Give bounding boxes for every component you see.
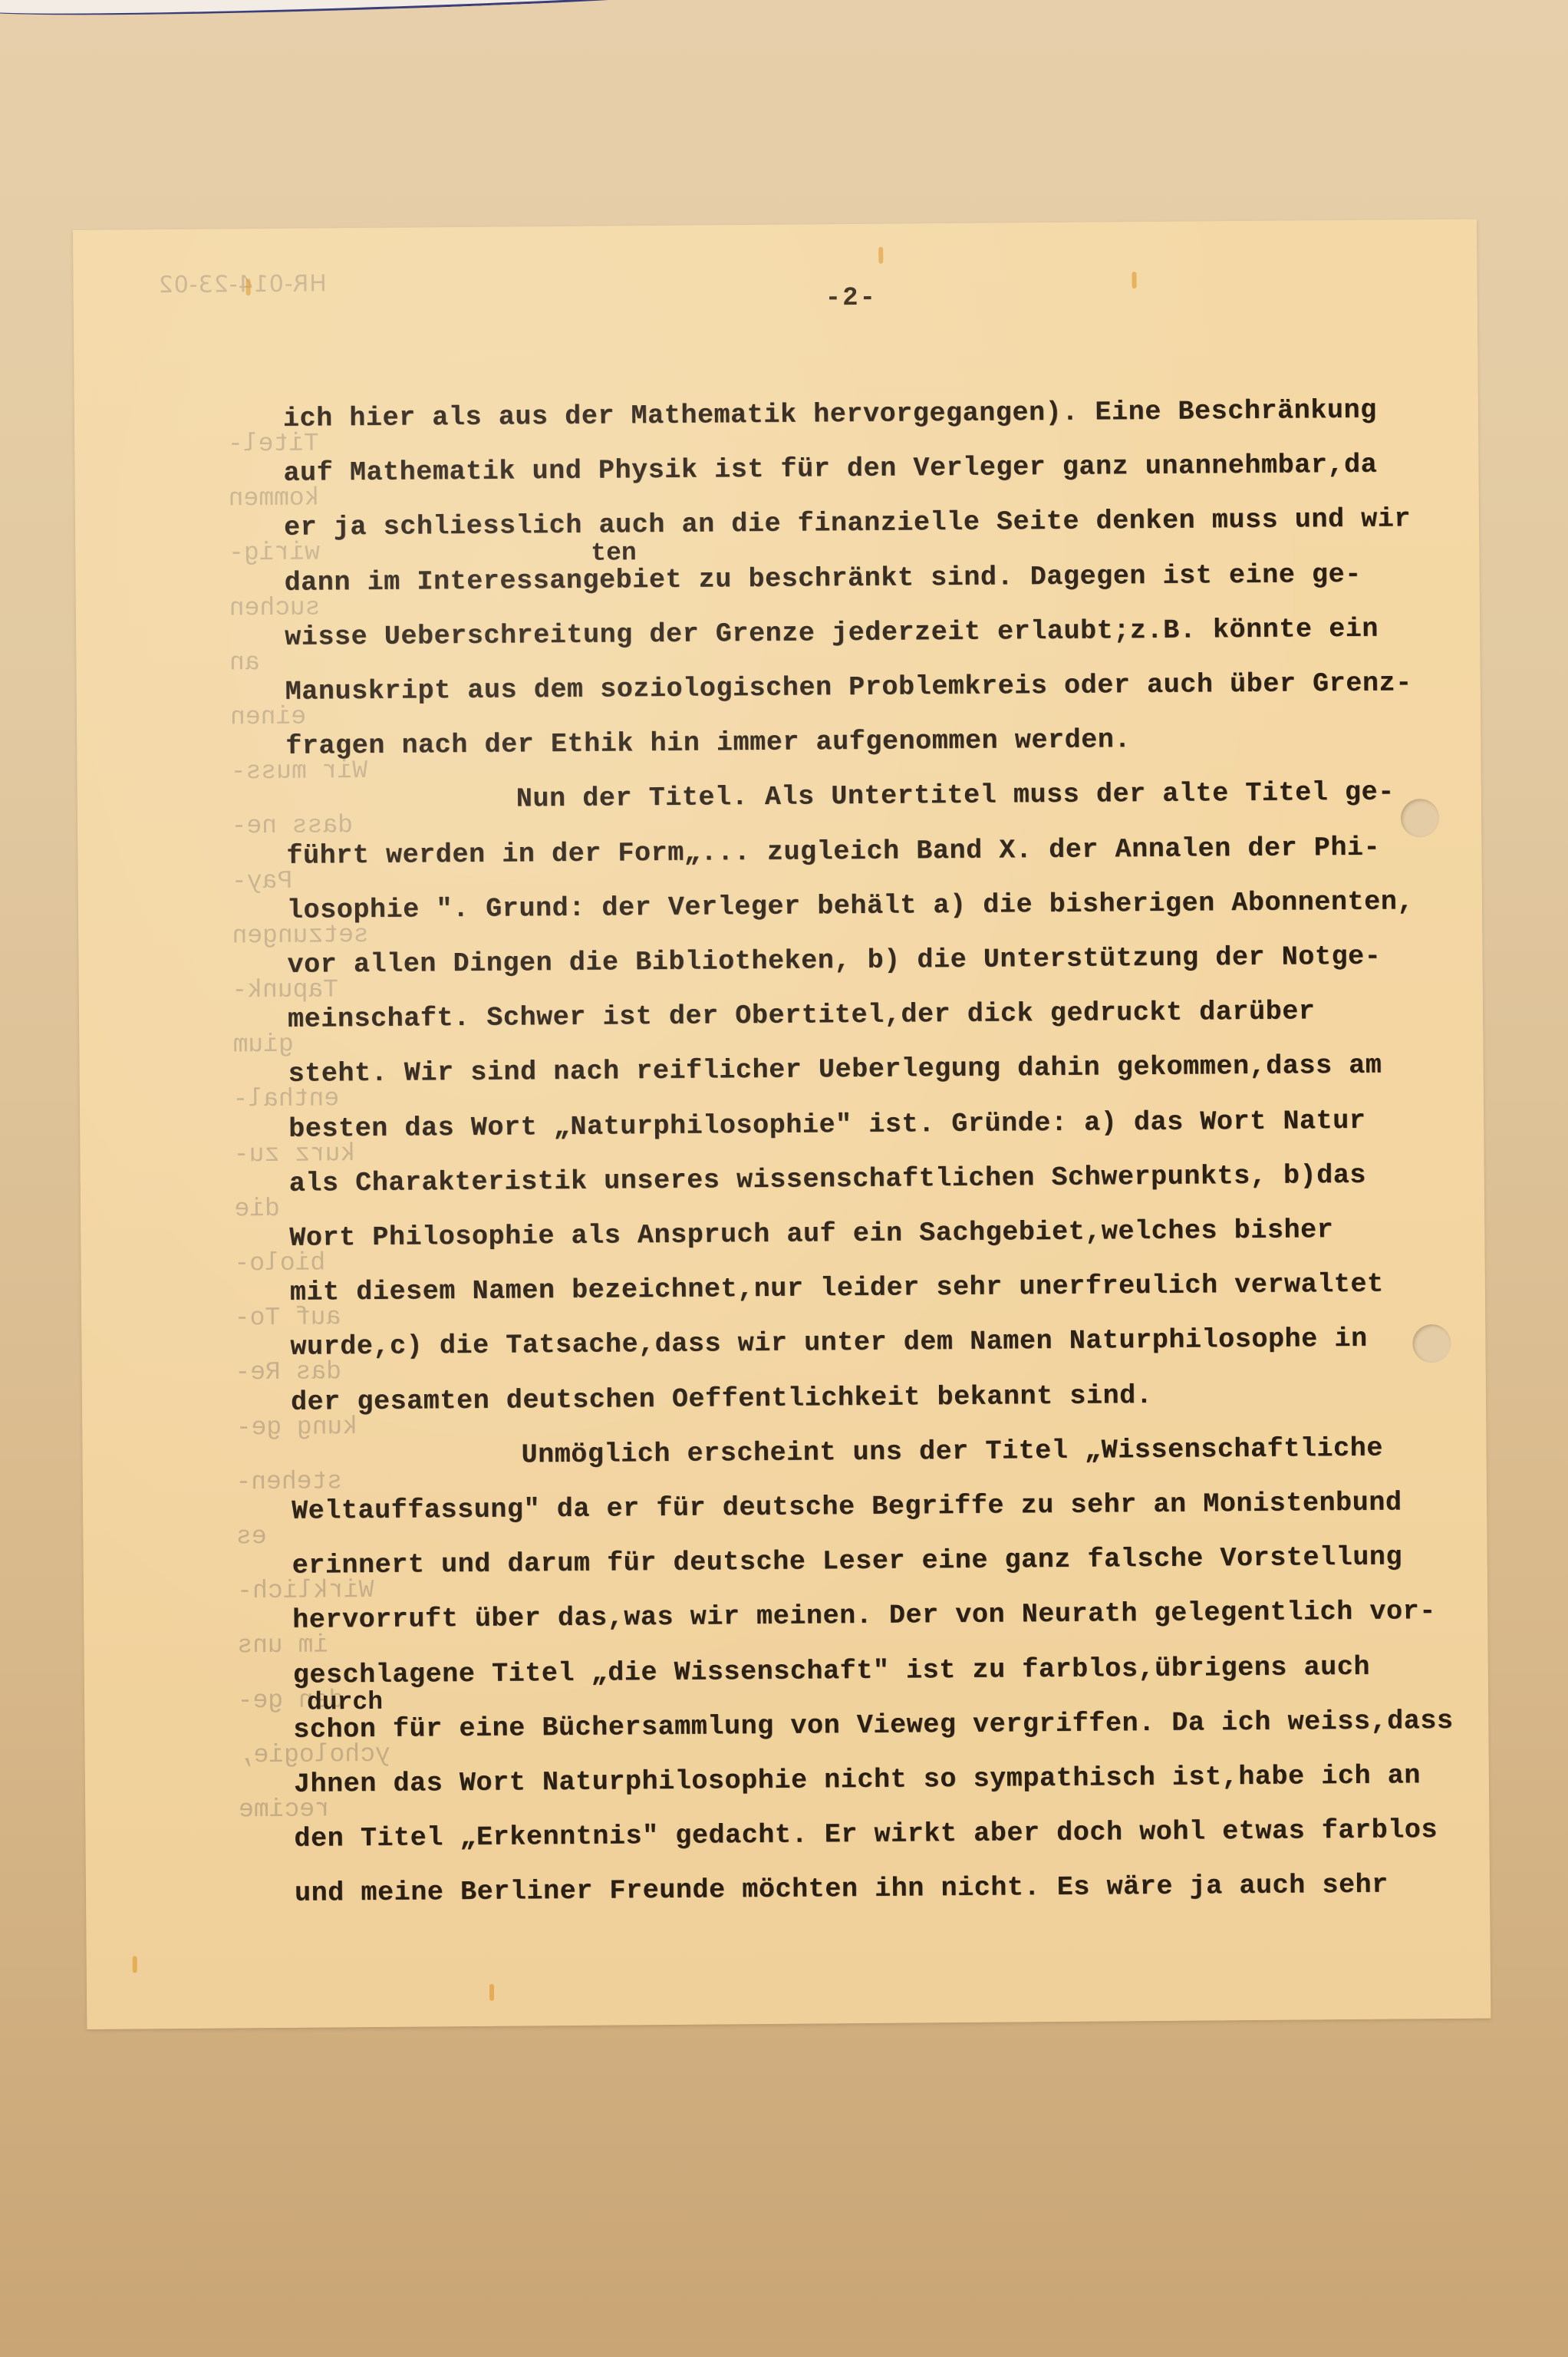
punch-hole-upper — [1401, 799, 1439, 837]
paper-stain — [246, 279, 251, 295]
typed-line: fragen nach der Ethik hin immer aufgenom… — [285, 724, 1131, 762]
document-page: HR-014-23-02 -2- Titel-kommenwirig-suche… — [73, 219, 1491, 2029]
typed-line: wisse Ueberschreitung der Grenze jederze… — [285, 613, 1379, 652]
typed-line: mit diesem Namen bezeichnet,nur leider s… — [290, 1269, 1384, 1308]
typed-line: und meine Berliner Freunde möchten ihn n… — [295, 1870, 1388, 1909]
letter-body: ich hier als aus der Mathematik hervorge… — [73, 219, 1491, 2029]
typed-line: ich hier als aus der Mathematik hervorge… — [283, 395, 1377, 434]
handtyped-insertion: ten — [591, 539, 637, 567]
typed-line: vor allen Dingen die Bibliotheken, b) di… — [287, 941, 1381, 981]
paper-stain — [878, 247, 883, 264]
typed-line: Weltauffassung" da er für deutsche Begri… — [292, 1487, 1402, 1526]
typed-line: wurde,c) die Tatsache,dass wir unter dem… — [290, 1324, 1368, 1363]
typed-line: losophie ". Grund: der Verleger behält a… — [287, 886, 1414, 926]
punch-hole-lower — [1412, 1324, 1451, 1363]
typed-line: Manuskript aus dem soziologischen Proble… — [285, 668, 1412, 707]
typed-line: dann im Interessangebiet zu beschränkt s… — [284, 559, 1362, 598]
paper-stain — [1132, 272, 1136, 288]
typed-line: meinschaft. Schwer ist der Obertitel,der… — [288, 997, 1316, 1036]
typed-line: steht. Wir sind nach reiflicher Ueberleg… — [288, 1050, 1382, 1089]
typed-line: Jhnen das Wort Naturphilosophie nicht so… — [294, 1760, 1421, 1800]
typed-line: der gesamten deutschen Oeffentlichkeit b… — [291, 1380, 1153, 1418]
handtyped-insertion: durch — [307, 1688, 383, 1717]
typed-line: Wort Philosophie als Anspruch auf ein Sa… — [289, 1215, 1333, 1254]
typed-line: erinnert und darum für deutsche Leser ei… — [292, 1542, 1403, 1581]
typed-line: er ja schliesslich auch an die finanziel… — [284, 504, 1411, 544]
typed-line: schon für eine Büchersammlung von Vieweg… — [293, 1706, 1454, 1745]
typed-line: Nun der Titel. Als Untertitel muss der a… — [516, 777, 1395, 815]
typed-line: Unmöglich erscheint uns der Titel „Wisse… — [521, 1432, 1383, 1470]
typed-line: auf Mathematik und Physik ist für den Ve… — [283, 450, 1377, 489]
typed-line: führt werden in der Form„... zugleich Ba… — [286, 832, 1380, 871]
typed-line: besten das Wort „Naturphilosophie" ist. … — [288, 1105, 1366, 1144]
typed-line: den Titel „Erkenntnis" gedacht. Er wirkt… — [294, 1815, 1438, 1854]
paper-stain — [489, 1984, 494, 2001]
typed-line: als Charakteristik unseres wissenschaftl… — [289, 1160, 1367, 1199]
typed-line: geschlagene Titel „die Wissenschaft" ist… — [293, 1651, 1371, 1690]
paper-stain — [133, 1956, 137, 1973]
typed-line: hervorruft über das,was wir meinen. Der … — [292, 1596, 1436, 1636]
adjacent-sheet-edge — [0, 0, 1046, 25]
